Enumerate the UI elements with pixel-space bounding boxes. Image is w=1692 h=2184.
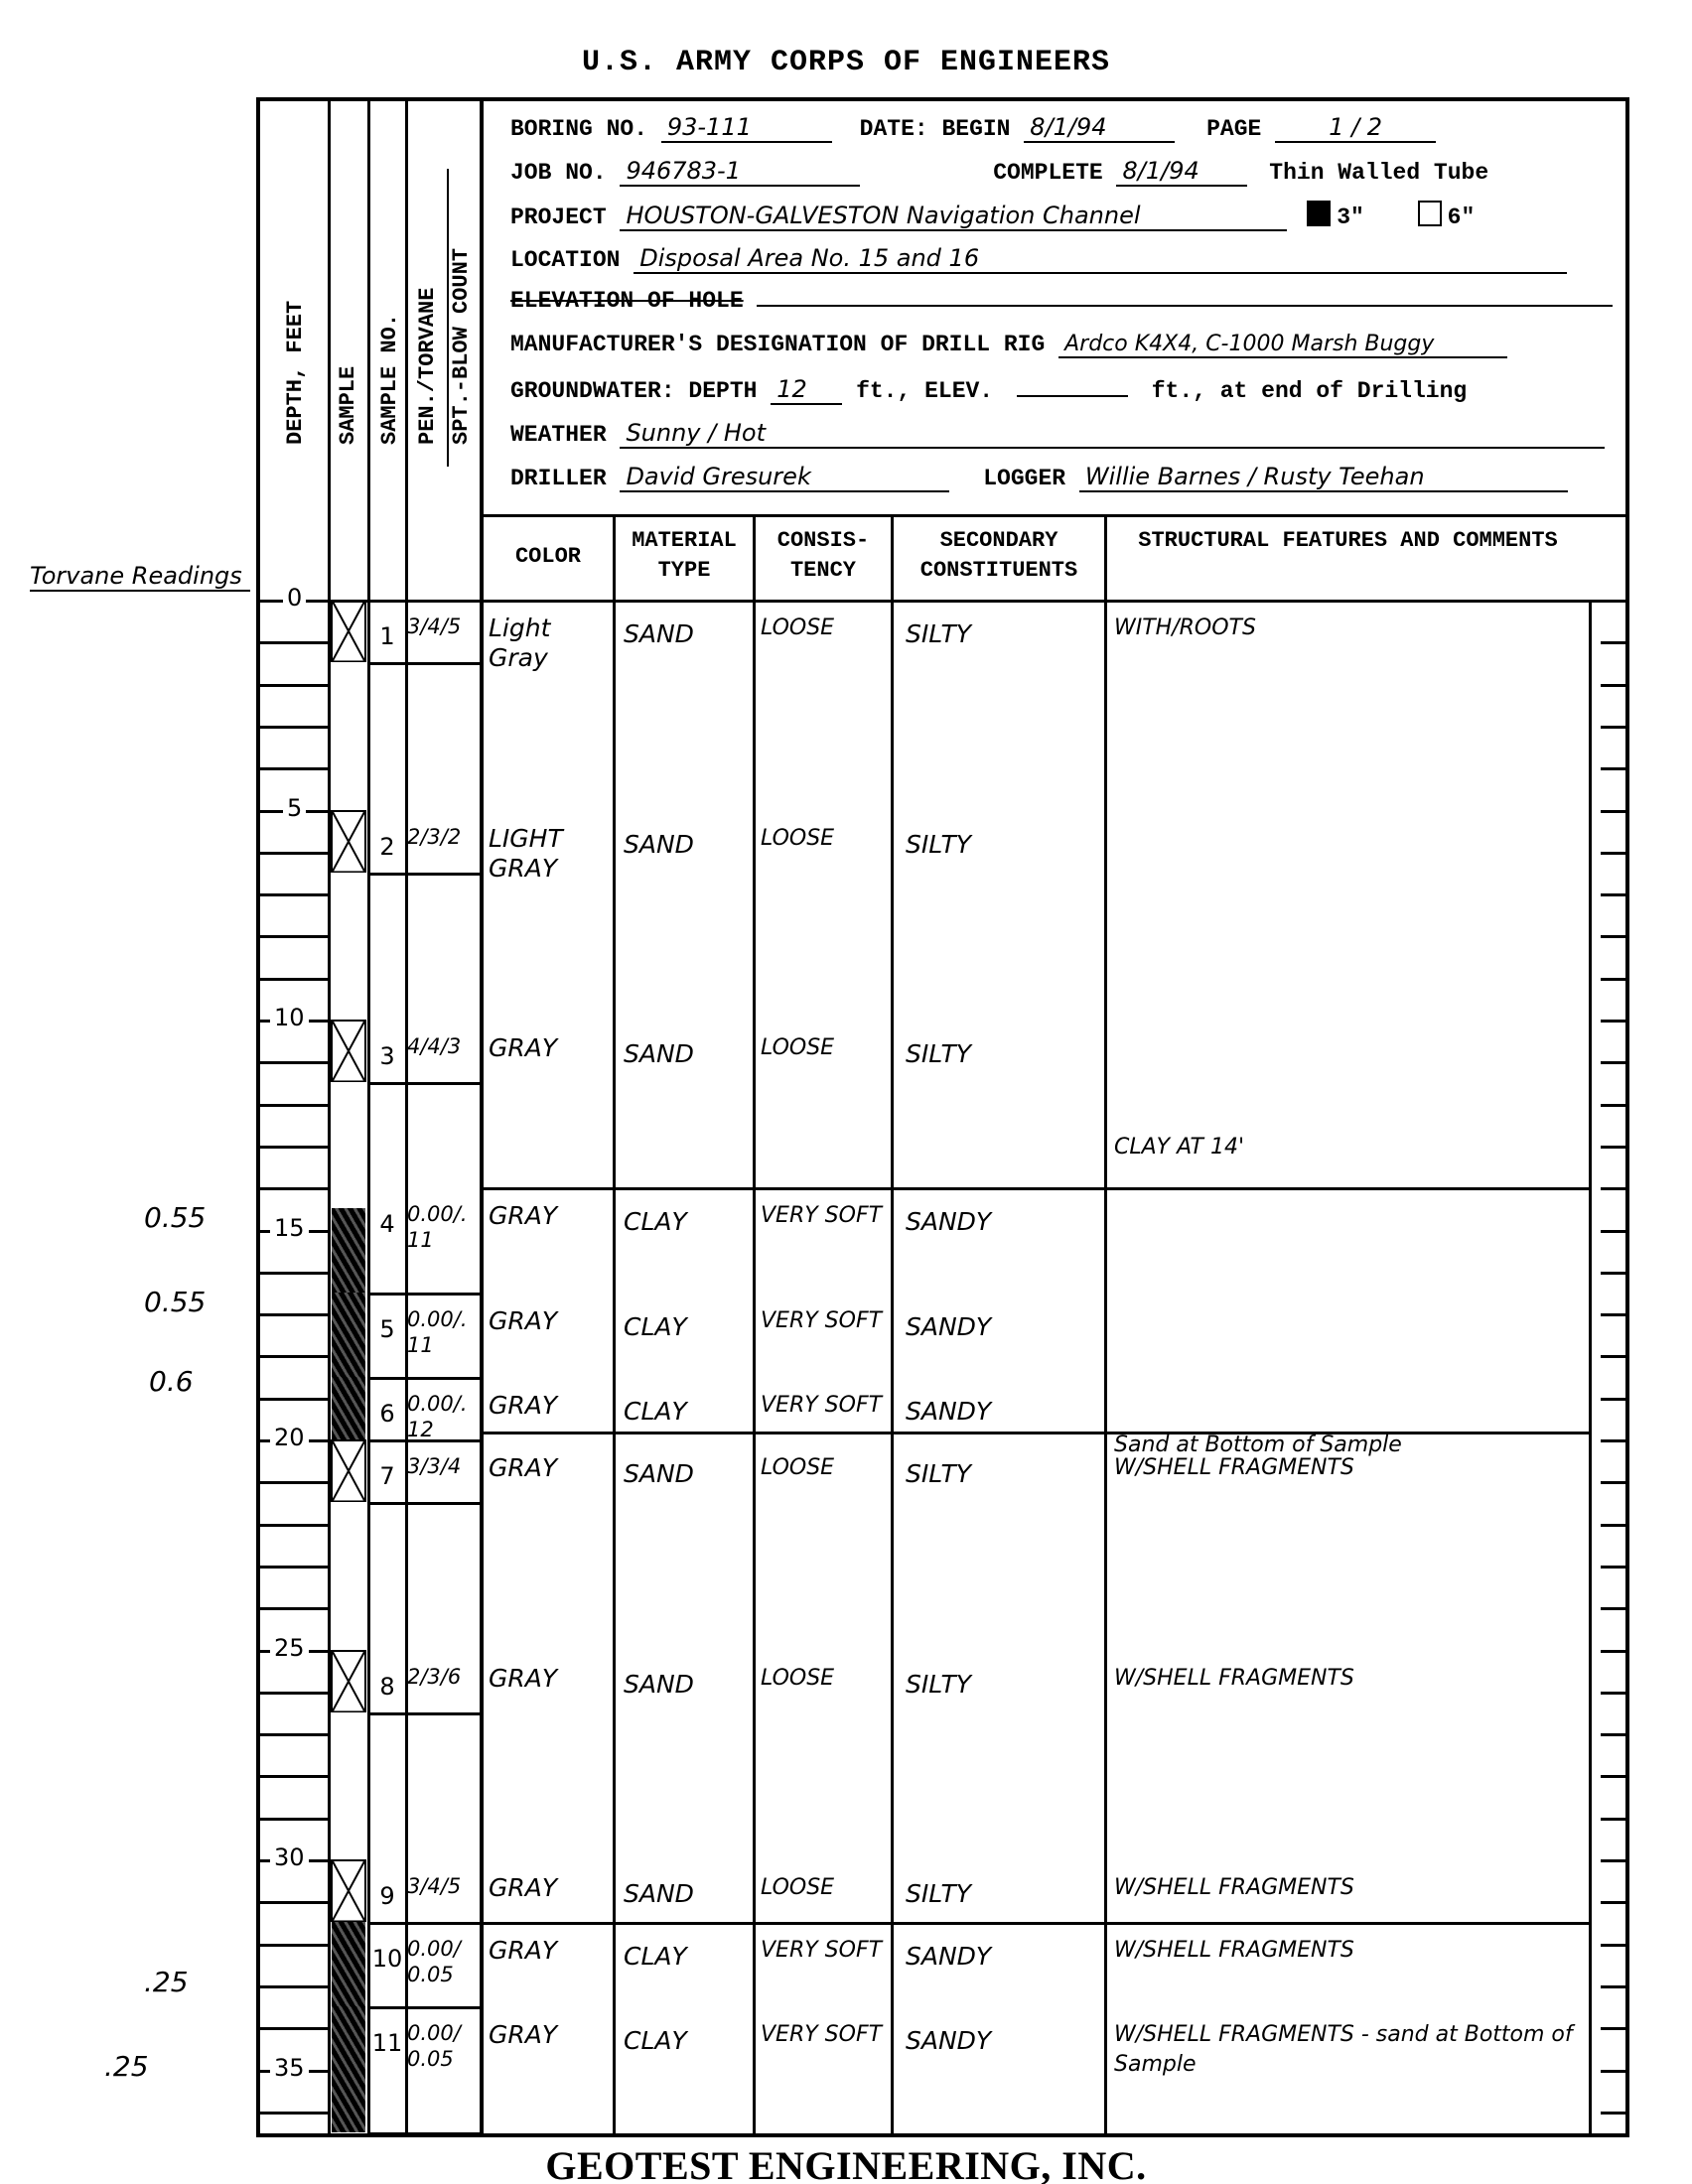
date-complete-field[interactable]: 8/1/94	[1116, 157, 1247, 187]
divider	[328, 99, 331, 2134]
material-cell: CLAY	[624, 1397, 748, 1427]
complete-label: COMPLETE	[993, 160, 1102, 186]
groundwater-depth-field[interactable]: 12	[771, 375, 842, 405]
comments-cell: WITH/ROOTS	[1114, 614, 1581, 643]
depth-tick-right	[1601, 935, 1626, 938]
blow-count: 0.00/0.05	[407, 1936, 479, 1987]
depth-tick	[260, 1901, 328, 1904]
comments-cell: W/SHELL FRAGMENTS	[1114, 1873, 1581, 1903]
depth-label: 25	[270, 1634, 309, 1662]
consistency-column-header: CONSIS-TENCY	[756, 526, 891, 586]
depth-tick-right	[1601, 1650, 1626, 1653]
depth-tick-right	[1601, 1524, 1626, 1527]
color-cell: GRAY	[489, 1201, 580, 1231]
tube-sample-hatch-icon	[332, 1208, 365, 1293]
stratum-boundary	[484, 1922, 1589, 1925]
depth-tick	[260, 1061, 328, 1064]
depth-tick-right	[1601, 1313, 1626, 1316]
comments-cell: CLAY AT 14'	[1114, 1133, 1581, 1162]
depth-tick	[260, 935, 328, 938]
sample-divider	[367, 2132, 480, 2135]
depth-tick	[260, 726, 328, 729]
material-cell: SAND	[624, 1670, 748, 1700]
secondary-column-header: SECONDARY CONSTITUENTS	[894, 526, 1104, 586]
depth-tick	[260, 1398, 328, 1401]
depth-tick	[260, 1733, 328, 1736]
consistency-cell: LOOSE	[761, 1453, 888, 1483]
depth-tick-right	[1601, 1566, 1626, 1569]
driller-field[interactable]: David Gresurek	[620, 463, 949, 492]
sample-number: 3	[369, 1041, 405, 1071]
secondary-cell: SILTY	[906, 1039, 1099, 1069]
ft-elev-label: ft., ELEV.	[856, 378, 993, 404]
secondary-cell: SANDY	[906, 1942, 1099, 1972]
blow-count: 3/3/4	[407, 1453, 479, 1479]
document-title: U.S. ARMY CORPS OF ENGINEERS	[0, 46, 1692, 79]
depth-label: 0	[283, 584, 306, 612]
divider	[753, 516, 756, 2134]
page-label: PAGE	[1206, 116, 1261, 142]
spt-sample-x-icon	[331, 810, 366, 873]
depth-tick	[260, 1985, 328, 1988]
depth-tick-right	[1601, 1481, 1626, 1484]
depth-tick	[260, 2027, 328, 2030]
secondary-cell: SILTY	[906, 1670, 1099, 1700]
sample-divider	[367, 662, 480, 665]
material-cell: CLAY	[624, 1207, 748, 1237]
torvane-reading: .25	[104, 2050, 149, 2083]
divider	[613, 516, 616, 2134]
consistency-cell: LOOSE	[761, 614, 888, 643]
depth-tick-right	[1601, 1061, 1626, 1064]
consistency-cell: LOOSE	[761, 1033, 888, 1063]
blow-count: 3/4/5	[407, 614, 479, 639]
blow-count: 3/4/5	[407, 1873, 479, 1899]
divider	[1104, 516, 1107, 2134]
header-row-4: LOCATION Disposal Area No. 15 and 16	[510, 244, 1567, 274]
material-cell: SAND	[624, 619, 748, 649]
depth-tick	[260, 1272, 328, 1275]
depth-tick-right	[1601, 1272, 1626, 1275]
sample-divider	[367, 1502, 480, 1505]
tube-6in-checkbox[interactable]	[1418, 201, 1442, 226]
job-no-field[interactable]: 946783-1	[620, 157, 860, 187]
depth-tick-right	[1601, 1355, 1626, 1358]
header-row-9: DRILLER David Gresurek LOGGER Willie Bar…	[510, 463, 1568, 492]
spt-sample-x-icon	[331, 1859, 366, 1922]
sample-number: 2	[369, 832, 405, 862]
blow-count: 0.00/.11	[407, 1306, 479, 1358]
blow-count: 2/3/6	[407, 1664, 479, 1690]
weather-label: WEATHER	[510, 422, 607, 448]
depth-tick	[260, 1146, 328, 1149]
color-cell: GRAY	[489, 1306, 580, 1336]
stratum-boundary	[484, 1187, 1589, 1190]
sample-divider	[367, 1082, 480, 1085]
driller-label: DRILLER	[510, 466, 607, 491]
secondary-cell: SANDY	[906, 1312, 1099, 1342]
depth-tick-right	[1601, 1985, 1626, 1988]
depth-tick	[260, 1607, 328, 1610]
depth-tick-right	[1601, 1020, 1626, 1023]
depth-tick-right	[1601, 1901, 1626, 1904]
depth-tick-right	[1601, 1146, 1626, 1149]
tube-sample-hatch-icon	[332, 1922, 365, 2006]
pen-torvane-header: PEN./TORVANE	[415, 288, 440, 445]
sample-number: 6	[369, 1399, 405, 1429]
color-cell: GRAY	[489, 1936, 580, 1966]
spt-sample-x-icon	[331, 1650, 366, 1712]
secondary-cell: SANDY	[906, 1207, 1099, 1237]
consistency-cell: VERY SOFT	[761, 1391, 888, 1421]
logger-label: LOGGER	[983, 466, 1065, 491]
thin-walled-tube-label: Thin Walled Tube	[1269, 160, 1488, 186]
color-cell: GRAY	[489, 1033, 580, 1063]
secondary-cell: SILTY	[906, 830, 1099, 860]
depth-tick-right	[1601, 1607, 1626, 1610]
spt-sample-x-icon	[331, 600, 366, 662]
depth-tick-right	[1601, 767, 1626, 770]
divider	[367, 99, 370, 2134]
tube-6in-label: 6"	[1448, 205, 1476, 230]
depth-tick-right	[1601, 2070, 1626, 2073]
torvane-reading: 0.6	[149, 1365, 194, 1398]
depth-tick-right	[1601, 1104, 1626, 1107]
depth-feet-header: DEPTH, FEET	[283, 301, 308, 445]
depth-tick	[260, 893, 328, 896]
consistency-cell: LOOSE	[761, 1873, 888, 1903]
torvane-reading: 0.55	[144, 1201, 206, 1234]
logger-field[interactable]: Willie Barnes / Rusty Teehan	[1079, 463, 1568, 492]
date-begin-label: DATE: BEGIN	[860, 116, 1011, 142]
spt-sample-x-icon	[331, 1439, 366, 1502]
secondary-cell: SILTY	[906, 619, 1099, 649]
depth-tick-right	[1601, 1859, 1626, 1862]
sample-number: 4	[369, 1209, 405, 1239]
depth-tick-right	[1601, 852, 1626, 855]
sample-divider	[367, 1293, 480, 1296]
depth-tick-right	[1601, 2027, 1626, 2030]
divider	[1589, 600, 1592, 2134]
material-column-header: MATERIAL TYPE	[616, 526, 753, 586]
secondary-cell: SILTY	[906, 1879, 1099, 1909]
torvane-readings-heading: Torvane Readings	[30, 562, 250, 592]
depth-tick-right	[1601, 1187, 1626, 1190]
comments-cell: W/SHELL FRAGMENTS - sand at Bottom of Sa…	[1114, 2020, 1581, 2080]
sample-number: 1	[369, 621, 405, 651]
sample-number: 9	[369, 1881, 405, 1911]
material-cell: CLAY	[624, 1942, 748, 1972]
depth-tick	[260, 684, 328, 687]
sample-divider	[367, 1377, 480, 1380]
depth-tick-right	[1601, 1733, 1626, 1736]
depth-label: 10	[270, 1004, 309, 1031]
blow-count: 0.00/.11	[407, 1201, 479, 1253]
spt-blow-count-header: SPT.-BLOW COUNT	[449, 248, 474, 445]
depth-label: 15	[270, 1214, 309, 1242]
page-field[interactable]: 1 / 2	[1275, 113, 1436, 143]
header-row-2: JOB NO. 946783-1 COMPLETE 8/1/94 Thin Wa…	[510, 157, 1488, 187]
depth-tick	[260, 1355, 328, 1358]
depth-tick-right	[1601, 684, 1626, 687]
tube-sample-hatch-icon	[332, 2006, 365, 2132]
depth-tick-right	[1601, 1398, 1626, 1401]
depth-label: 5	[283, 794, 306, 822]
material-cell: SAND	[624, 1039, 748, 1069]
torvane-reading: 0.55	[144, 1286, 206, 1318]
sample-divider	[367, 2006, 480, 2009]
color-cell: GRAY	[489, 2020, 580, 2050]
secondary-cell: SILTY	[906, 1459, 1099, 1489]
drill-rig-label: MANUFACTURER'S DESIGNATION OF DRILL RIG	[510, 332, 1045, 357]
sample-number: 10	[369, 1944, 405, 1974]
depth-tick	[260, 1818, 328, 1821]
date-begin-field[interactable]: 8/1/94	[1024, 113, 1175, 143]
depth-tick-right	[1601, 978, 1626, 981]
weather-field[interactable]: Sunny / Hot	[620, 419, 1605, 449]
depth-tick	[260, 1775, 328, 1778]
depth-tick	[260, 1566, 328, 1569]
secondary-cell: SANDY	[906, 1397, 1099, 1427]
comments-cell: W/SHELL FRAGMENTS	[1114, 1936, 1581, 1966]
structural-column-header: STRUCTURAL FEATURES AND COMMENTS	[1107, 526, 1589, 556]
location-label: LOCATION	[510, 247, 620, 273]
depth-tick-right	[1601, 1692, 1626, 1695]
sample-no-header: SAMPLE NO.	[377, 314, 402, 445]
divider	[891, 516, 894, 2134]
depth-tick	[260, 767, 328, 770]
material-cell: CLAY	[624, 1312, 748, 1342]
color-cell: GRAY	[489, 1873, 580, 1903]
header-row-7: GROUNDWATER: DEPTH 12 ft., ELEV. ft., at…	[510, 375, 1467, 405]
depth-tick-right	[1601, 2112, 1626, 2115]
divider	[405, 99, 408, 2134]
depth-tick	[260, 1313, 328, 1316]
depth-tick	[260, 1692, 328, 1695]
location-field[interactable]: Disposal Area No. 15 and 16	[634, 244, 1567, 274]
consistency-cell: LOOSE	[761, 824, 888, 854]
depth-label: 20	[270, 1424, 309, 1451]
sample-number: 7	[369, 1461, 405, 1491]
spt-sample-x-icon	[331, 1020, 366, 1082]
depth-tick-right	[1601, 1230, 1626, 1233]
job-no-label: JOB NO.	[510, 160, 607, 186]
boring-no-label: BORING NO.	[510, 116, 647, 142]
sample-number: 8	[369, 1672, 405, 1702]
footer-company: GEOTEST ENGINEERING, INC.	[0, 2142, 1692, 2184]
blow-count: 0.00/0.05	[407, 2020, 479, 2072]
blow-count: 0.00/.12	[407, 1391, 479, 1442]
header-row-5: ELEVATION OF HOLE	[510, 288, 1613, 314]
blow-count: 2/3/2	[407, 824, 479, 850]
depth-tick-right	[1601, 893, 1626, 896]
depth-tick-right	[1601, 641, 1626, 644]
divider	[256, 600, 1629, 603]
depth-tick-right	[1601, 1775, 1626, 1778]
consistency-cell: VERY SOFT	[761, 2020, 888, 2050]
depth-tick-right	[1601, 726, 1626, 729]
depth-tick	[260, 852, 328, 855]
depth-tick	[260, 1524, 328, 1527]
depth-tick	[260, 1944, 328, 1947]
material-cell: SAND	[624, 1459, 748, 1489]
consistency-cell: VERY SOFT	[761, 1936, 888, 1966]
header-row-3: PROJECT HOUSTON-GALVESTON Navigation Cha…	[510, 201, 1475, 231]
consistency-cell: VERY SOFT	[761, 1306, 888, 1336]
sample-divider	[367, 873, 480, 876]
depth-tick-right	[1601, 1944, 1626, 1947]
divider	[480, 99, 484, 2134]
depth-tick-right	[1601, 1439, 1626, 1442]
boring-no-field[interactable]: 93-111	[661, 113, 832, 143]
color-cell: GRAY	[489, 1391, 580, 1421]
depth-tick	[260, 1187, 328, 1190]
depth-tick	[260, 2112, 328, 2115]
groundwater-label: GROUNDWATER: DEPTH	[510, 378, 757, 404]
color-cell: GRAY	[489, 1453, 580, 1483]
groundwater-elev-field[interactable]	[1017, 395, 1128, 397]
divider	[482, 514, 1627, 517]
sample-number: 11	[369, 2028, 405, 2058]
sample-divider	[367, 1712, 480, 1715]
elevation-label: ELEVATION OF HOLE	[510, 288, 744, 314]
material-cell: SAND	[624, 830, 748, 860]
depth-tick	[260, 978, 328, 981]
color-cell: GRAY	[489, 1664, 580, 1694]
project-label: PROJECT	[510, 205, 607, 230]
depth-tick	[260, 641, 328, 644]
header-row-6: MANUFACTURER'S DESIGNATION OF DRILL RIG …	[510, 332, 1507, 358]
color-cell: Light Gray	[489, 614, 580, 673]
end-of-drilling-label: ft., at end of Drilling	[1152, 378, 1467, 404]
depth-tick-right	[1601, 1818, 1626, 1821]
comments-cell: W/SHELL FRAGMENTS	[1114, 1453, 1581, 1483]
depth-tick	[260, 1481, 328, 1484]
depth-label: 30	[270, 1843, 309, 1871]
comments-cell: W/SHELL FRAGMENTS	[1114, 1664, 1581, 1694]
tube-sample-hatch-icon	[332, 1377, 365, 1439]
project-field[interactable]: HOUSTON-GALVESTON Navigation Channel	[620, 202, 1287, 231]
consistency-cell: VERY SOFT	[761, 1201, 888, 1231]
torvane-reading: .25	[144, 1966, 189, 1998]
secondary-cell: SANDY	[906, 2026, 1099, 2056]
material-cell: CLAY	[624, 2026, 748, 2056]
material-cell: SAND	[624, 1879, 748, 1909]
sample-header: SAMPLE	[336, 366, 360, 445]
tube-3in-label: 3"	[1337, 205, 1364, 230]
header-row-1: BORING NO. 93-111 DATE: BEGIN 8/1/94 PAG…	[510, 113, 1436, 143]
color-cell: LIGHT GRAY	[489, 824, 580, 884]
depth-tick-right	[1601, 810, 1626, 813]
drill-rig-field[interactable]: Ardco K4X4, C-1000 Marsh Buggy	[1058, 332, 1507, 358]
sample-divider	[367, 1922, 480, 1925]
sample-number: 5	[369, 1314, 405, 1344]
consistency-cell: LOOSE	[761, 1664, 888, 1694]
depth-label: 35	[270, 2054, 309, 2082]
depth-tick	[260, 1104, 328, 1107]
tube-3in-checkbox[interactable]	[1307, 201, 1331, 226]
elevation-field[interactable]	[757, 305, 1613, 307]
tube-sample-hatch-icon	[332, 1293, 365, 1377]
header-row-8: WEATHER Sunny / Hot	[510, 419, 1605, 449]
color-column-header: COLOR	[484, 542, 613, 572]
blow-count: 4/4/3	[407, 1033, 479, 1059]
